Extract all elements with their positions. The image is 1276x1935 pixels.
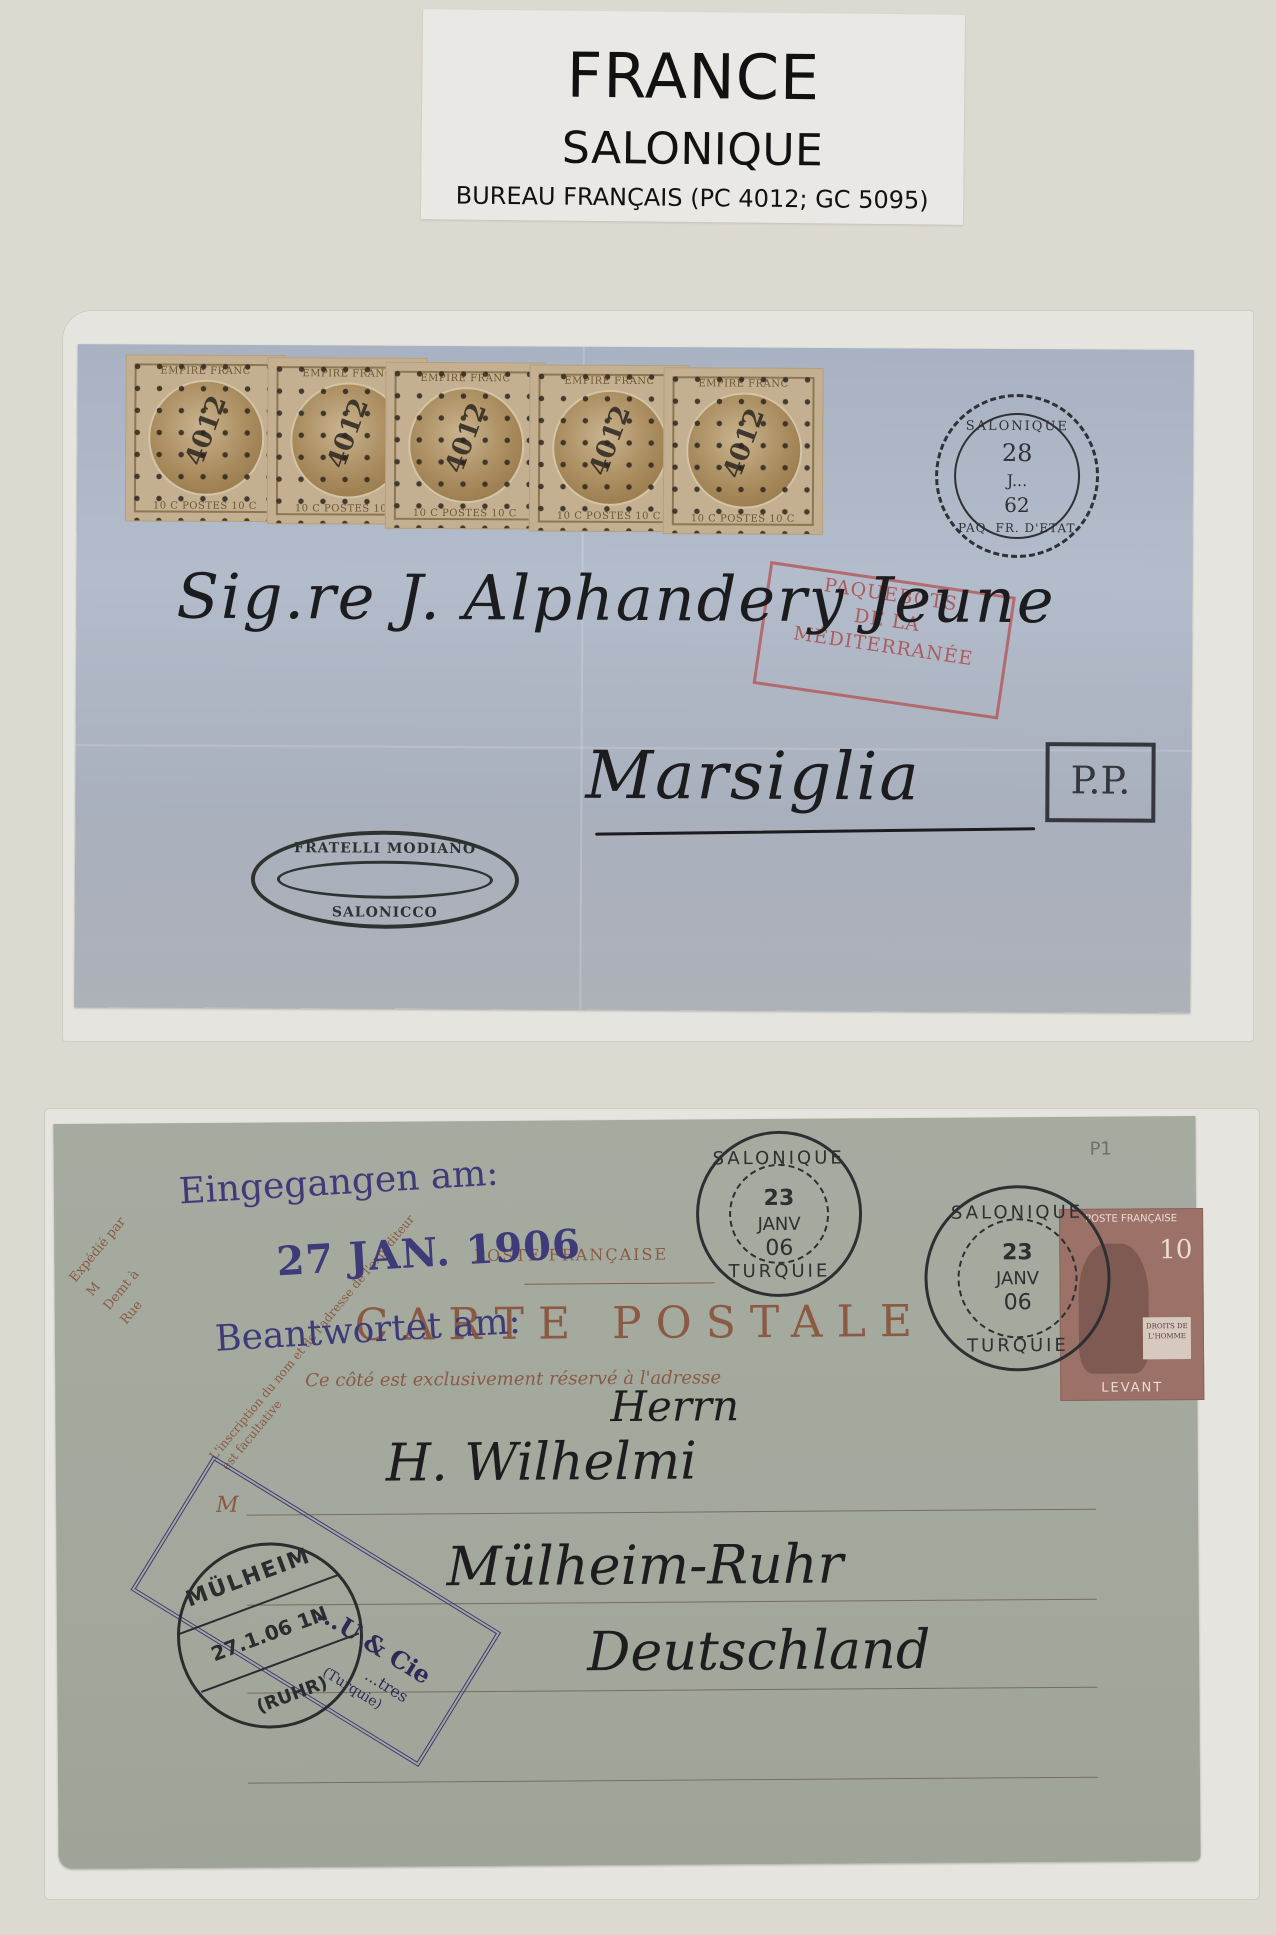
cachet-line1: FRATELLI MODIANO (255, 840, 515, 857)
cds-month: J... (938, 471, 1096, 491)
receiving-stamp-line2: Beantwortet am: (214, 1301, 522, 1360)
receiving-stamp-date: 27 JAN. 1906 (275, 1220, 582, 1285)
cds-month: JANV (927, 1268, 1107, 1290)
napoleon-10c-stamp: EMPIRE FRANC10 C POSTES 10 C4012 (663, 367, 824, 535)
indicium-footer: LEVANT (1061, 1380, 1203, 1396)
cds-country: TURQUIE (928, 1335, 1108, 1357)
cachet-line2: SALONICCO (255, 904, 515, 921)
cds-town: SALONIQUE (938, 419, 1096, 435)
receiving-stamp-line1: Eingegangen am: (178, 1153, 500, 1213)
cds-day: 23 (699, 1185, 859, 1211)
sender-printed-block: Expédié par M Demt à Rue (64, 1213, 182, 1330)
arrival-date: 27.1.06 (208, 1614, 296, 1666)
destination-city: Marsiglia (585, 737, 921, 816)
indicium-value: 10 (1159, 1235, 1192, 1265)
indicium-tablet: DROITS DE L'HOMME (1143, 1317, 1191, 1359)
cds-year: 06 (928, 1290, 1108, 1316)
napoleon-10c-stamp: EMPIRE FRANC10 C POSTES 10 C4012 (125, 354, 286, 522)
folded-letter-cover: EMPIRE FRANC10 C POSTES 10 C4012EMPIRE F… (74, 344, 1193, 1013)
merchant-oval-cachet: FRATELLI MODIANO SALONICCO (251, 830, 520, 929)
cachet-inner-oval (277, 860, 493, 899)
printed-rule (525, 1282, 715, 1284)
address-salutation: Herrn (610, 1381, 739, 1431)
salonique-turquie-cds-on-stamp: SALONIQUE 23 JANV 06 TURQUIE (924, 1185, 1111, 1372)
cds-month: JANV (699, 1213, 859, 1235)
pp-boxed-mark: P.P. (1045, 742, 1155, 823)
cds-town: SALONIQUE (699, 1147, 859, 1169)
cds-day: 23 (927, 1240, 1107, 1266)
handwritten-flourish (595, 827, 1035, 835)
address-city: Mülheim-Ruhr (446, 1532, 843, 1598)
cds-year: 62 (938, 493, 1096, 518)
title-country: FRANCE (422, 37, 965, 116)
pencil-note: P1 (1090, 1139, 1112, 1160)
address-rule (246, 1509, 1096, 1516)
cds-year: 06 (699, 1235, 859, 1261)
postal-stationery-card: Expédié par M Demt à Rue L'inscription d… (53, 1116, 1200, 1869)
album-title-label: FRANCE SALONIQUE BUREAU FRANÇAIS (PC 401… (421, 9, 965, 225)
addressee-line: Sig.re J. Alphandery Jeune (176, 560, 1056, 638)
salonique-turquie-cds: SALONIQUE 23 JANV 06 TURQUIE (695, 1130, 862, 1297)
napoleon-10c-stamp: EMPIRE FRANC10 C POSTES 10 C4012 (385, 362, 546, 530)
address-rule (248, 1777, 1098, 1784)
title-city: SALONIQUE (421, 121, 964, 178)
cds-day: 28 (938, 439, 1096, 468)
title-caption: BUREAU FRANÇAIS (PC 4012; GC 5095) (421, 181, 963, 215)
arrival-time: 1N (294, 1601, 331, 1634)
address-country: Deutschland (587, 1618, 931, 1683)
address-name: H. Wilhelmi (386, 1432, 697, 1494)
salonique-cds-postmark: SALONIQUE 28 J... 62 PAQ. FR. D'ETAT (935, 394, 1100, 559)
cds-country: TURQUIE (699, 1260, 859, 1282)
cds-service: PAQ. FR. D'ETAT (938, 521, 1096, 536)
cds-town: SALONIQUE (927, 1202, 1107, 1224)
